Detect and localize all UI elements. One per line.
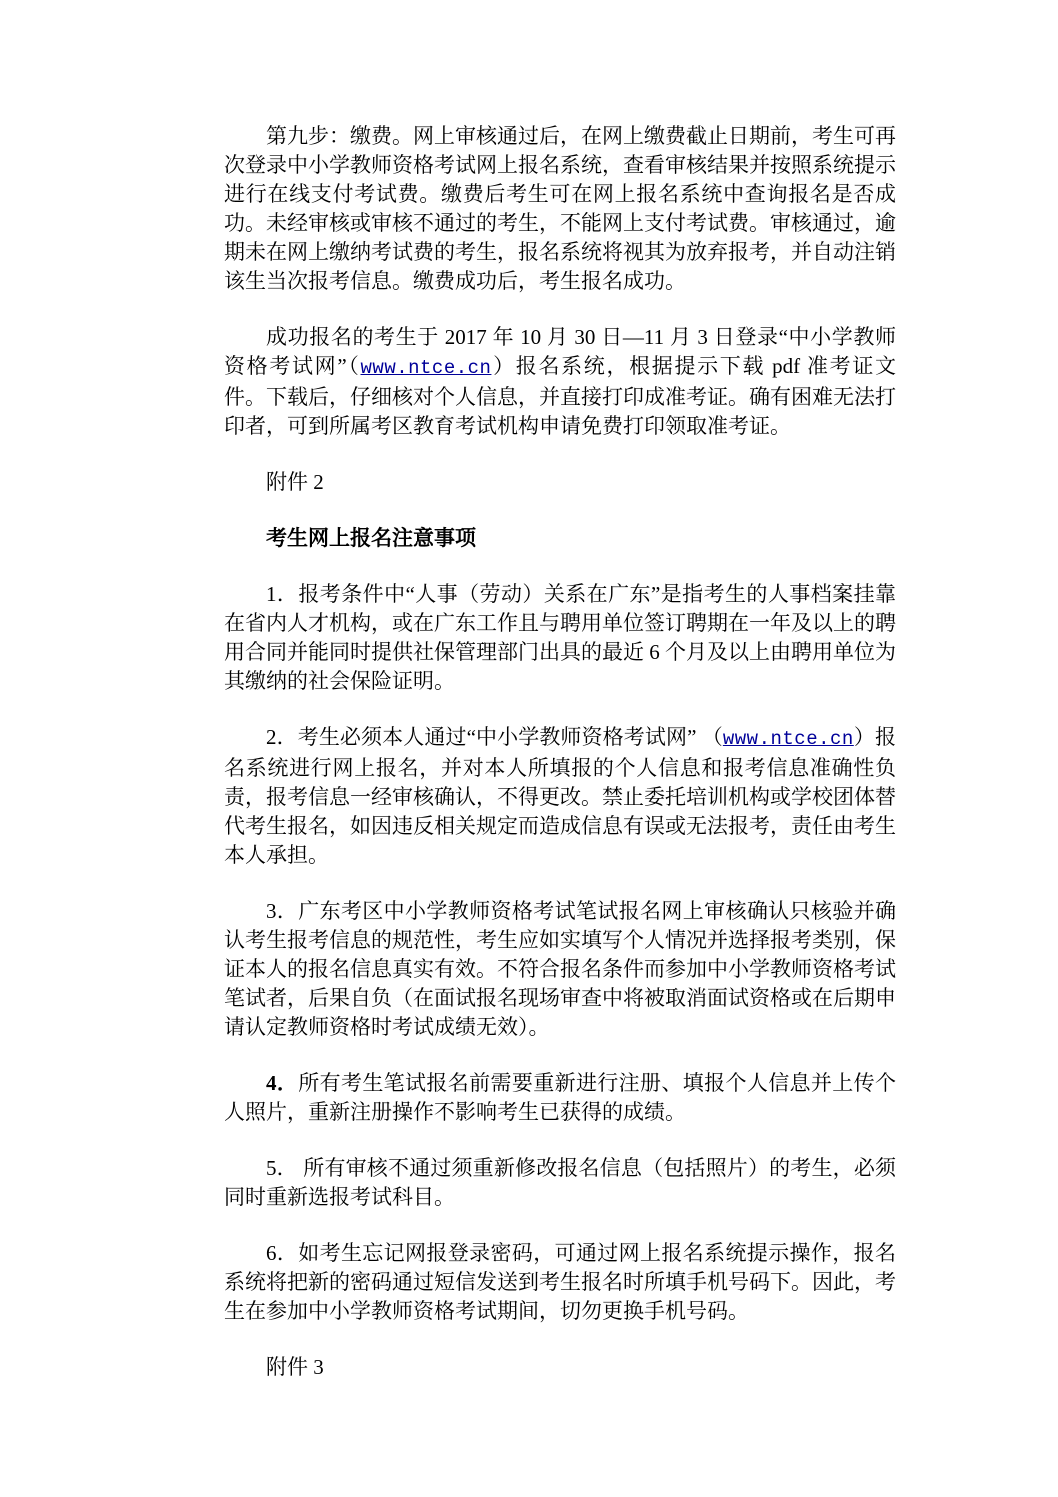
notice-item-4: 4．所有考生笔试报名前需要重新进行注册、填报个人信息并上传个人照片，重新注册操作… bbox=[224, 1069, 896, 1127]
notice-item-2-text-pre: 2．考生必须本人通过“中小学教师资格考试网” （ bbox=[266, 725, 723, 749]
attachment-2-label: 附件 2 bbox=[224, 468, 896, 497]
ntce-website-link-1[interactable]: www.ntce.cn bbox=[361, 357, 492, 379]
notice-title: 考生网上报名注意事项 bbox=[224, 524, 896, 553]
paragraph-admission-ticket: 成功报名的考生于 2017 年 10 月 30 日—11 月 3 日登录“中小学… bbox=[224, 323, 896, 441]
ntce-website-link-2[interactable]: www.ntce.cn bbox=[723, 728, 854, 750]
document-page: 第九步：缴费。网上审核通过后，在网上缴费截止日期前，考生可再次登录中小学教师资格… bbox=[0, 0, 1058, 1497]
notice-item-4-text: 所有考生笔试报名前需要重新进行注册、填报个人信息并上传个人照片，重新注册操作不影… bbox=[224, 1071, 896, 1124]
notice-item-4-number: 4． bbox=[266, 1071, 298, 1095]
notice-item-3: 3．广东考区中小学教师资格考试笔试报名网上审核确认只核验并确认考生报考信息的规范… bbox=[224, 897, 896, 1042]
notice-item-2: 2．考生必须本人通过“中小学教师资格考试网” （www.ntce.cn）报名系统… bbox=[224, 723, 896, 870]
notice-item-6: 6．如考生忘记网报登录密码，可通过网上报名系统提示操作，报名系统将把新的密码通过… bbox=[224, 1239, 896, 1326]
attachment-3-label: 附件 3 bbox=[224, 1353, 896, 1382]
paragraph-step9-payment: 第九步：缴费。网上审核通过后，在网上缴费截止日期前，考生可再次登录中小学教师资格… bbox=[224, 122, 896, 296]
notice-item-5: 5． 所有审核不通过须重新修改报名信息（包括照片）的考生，必须同时重新选报考试科… bbox=[224, 1154, 896, 1212]
notice-item-1: 1．报考条件中“人事（劳动）关系在广东”是指考生的人事档案挂靠在省内人才机构，或… bbox=[224, 580, 896, 696]
